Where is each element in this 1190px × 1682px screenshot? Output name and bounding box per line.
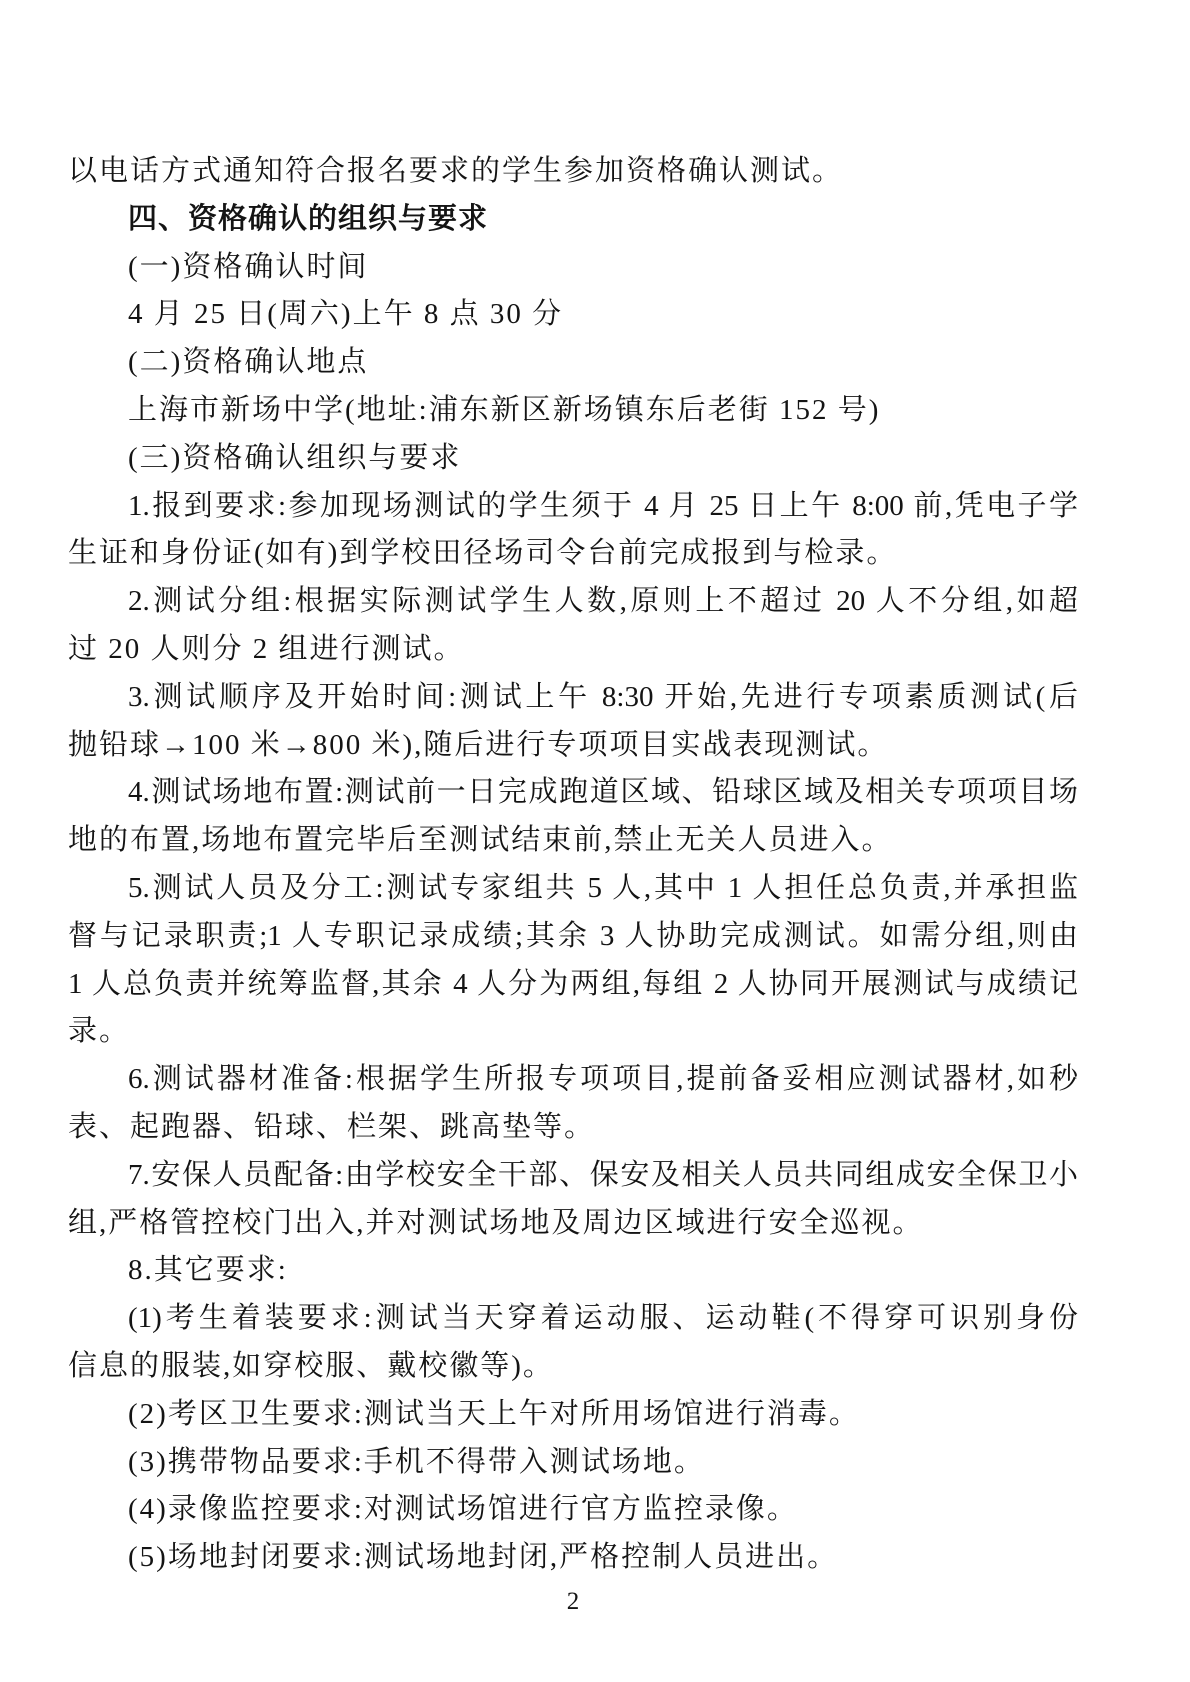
doc-line: 5.测试人员及分工:测试专家组共 5 人,其中 1 人担任总负责,并承担监 (68, 865, 1078, 913)
doc-line: 1.报到要求:参加现场测试的学生须于 4 月 25 日上午 8:00 前,凭电子… (68, 483, 1078, 531)
doc-line: 地的布置,场地布置完毕后至测试结束前,禁止无关人员进入。 (68, 817, 1078, 865)
doc-line: (三)资格确认组织与要求 (68, 435, 1078, 483)
document-lines: 以电话方式通知符合报名要求的学生参加资格确认测试。四、资格确认的组织与要求(一)… (68, 148, 1078, 1582)
doc-line: 督与记录职责;1 人专职记录成绩;其余 3 人协助完成测试。如需分组,则由 (68, 913, 1078, 961)
doc-line: 1 人总负责并统筹监督,其余 4 人分为两组,每组 2 人协同开展测试与成绩记 (68, 961, 1078, 1009)
document-page: 以电话方式通知符合报名要求的学生参加资格确认测试。四、资格确认的组织与要求(一)… (0, 0, 1190, 1682)
doc-line: 4.测试场地布置:测试前一日完成跑道区域、铅球区域及相关专项项目场 (68, 769, 1078, 817)
doc-line: (4)录像监控要求:对测试场馆进行官方监控录像。 (68, 1486, 1078, 1534)
doc-line: 7.安保人员配备:由学校安全干部、保安及相关人员共同组成安全保卫小 (68, 1152, 1078, 1200)
doc-line: 3.测试顺序及开始时间:测试上午 8:30 开始,先进行专项素质测试(后 (68, 674, 1078, 722)
doc-line: 2.测试分组:根据实际测试学生人数,原则上不超过 20 人不分组,如超 (68, 578, 1078, 626)
doc-line: 组,严格管控校门出入,并对测试场地及周边区域进行安全巡视。 (68, 1200, 1078, 1248)
doc-line: (1)考生着装要求:测试当天穿着运动服、运动鞋(不得穿可识别身份 (68, 1295, 1078, 1343)
doc-line: 信息的服装,如穿校服、戴校徽等)。 (68, 1343, 1078, 1391)
doc-line: 录。 (68, 1008, 1078, 1056)
doc-line: 上海市新场中学(地址:浦东新区新场镇东后老街 152 号) (68, 387, 1078, 435)
doc-line: 抛铅球→100 米→800 米),随后进行专项项目实战表现测试。 (68, 722, 1078, 770)
doc-line: (二)资格确认地点 (68, 339, 1078, 387)
doc-line: 4 月 25 日(周六)上午 8 点 30 分 (68, 291, 1078, 339)
doc-line: 8.其它要求: (68, 1247, 1078, 1295)
doc-line: (一)资格确认时间 (68, 244, 1078, 292)
doc-line: 过 20 人则分 2 组进行测试。 (68, 626, 1078, 674)
doc-line: (3)携带物品要求:手机不得带入测试场地。 (68, 1439, 1078, 1487)
doc-line: 6.测试器材准备:根据学生所报专项项目,提前备妥相应测试器材,如秒 (68, 1056, 1078, 1104)
doc-line: 生证和身份证(如有)到学校田径场司令台前完成报到与检录。 (68, 530, 1078, 578)
doc-line: 表、起跑器、铅球、栏架、跳高垫等。 (68, 1104, 1078, 1152)
section-heading: 四、资格确认的组织与要求 (68, 196, 1078, 244)
page-number: 2 (68, 1582, 1078, 1622)
doc-line: 以电话方式通知符合报名要求的学生参加资格确认测试。 (68, 148, 1078, 196)
doc-line: (2)考区卫生要求:测试当天上午对所用场馆进行消毒。 (68, 1391, 1078, 1439)
doc-line: (5)场地封闭要求:测试场地封闭,严格控制人员进出。 (68, 1534, 1078, 1582)
